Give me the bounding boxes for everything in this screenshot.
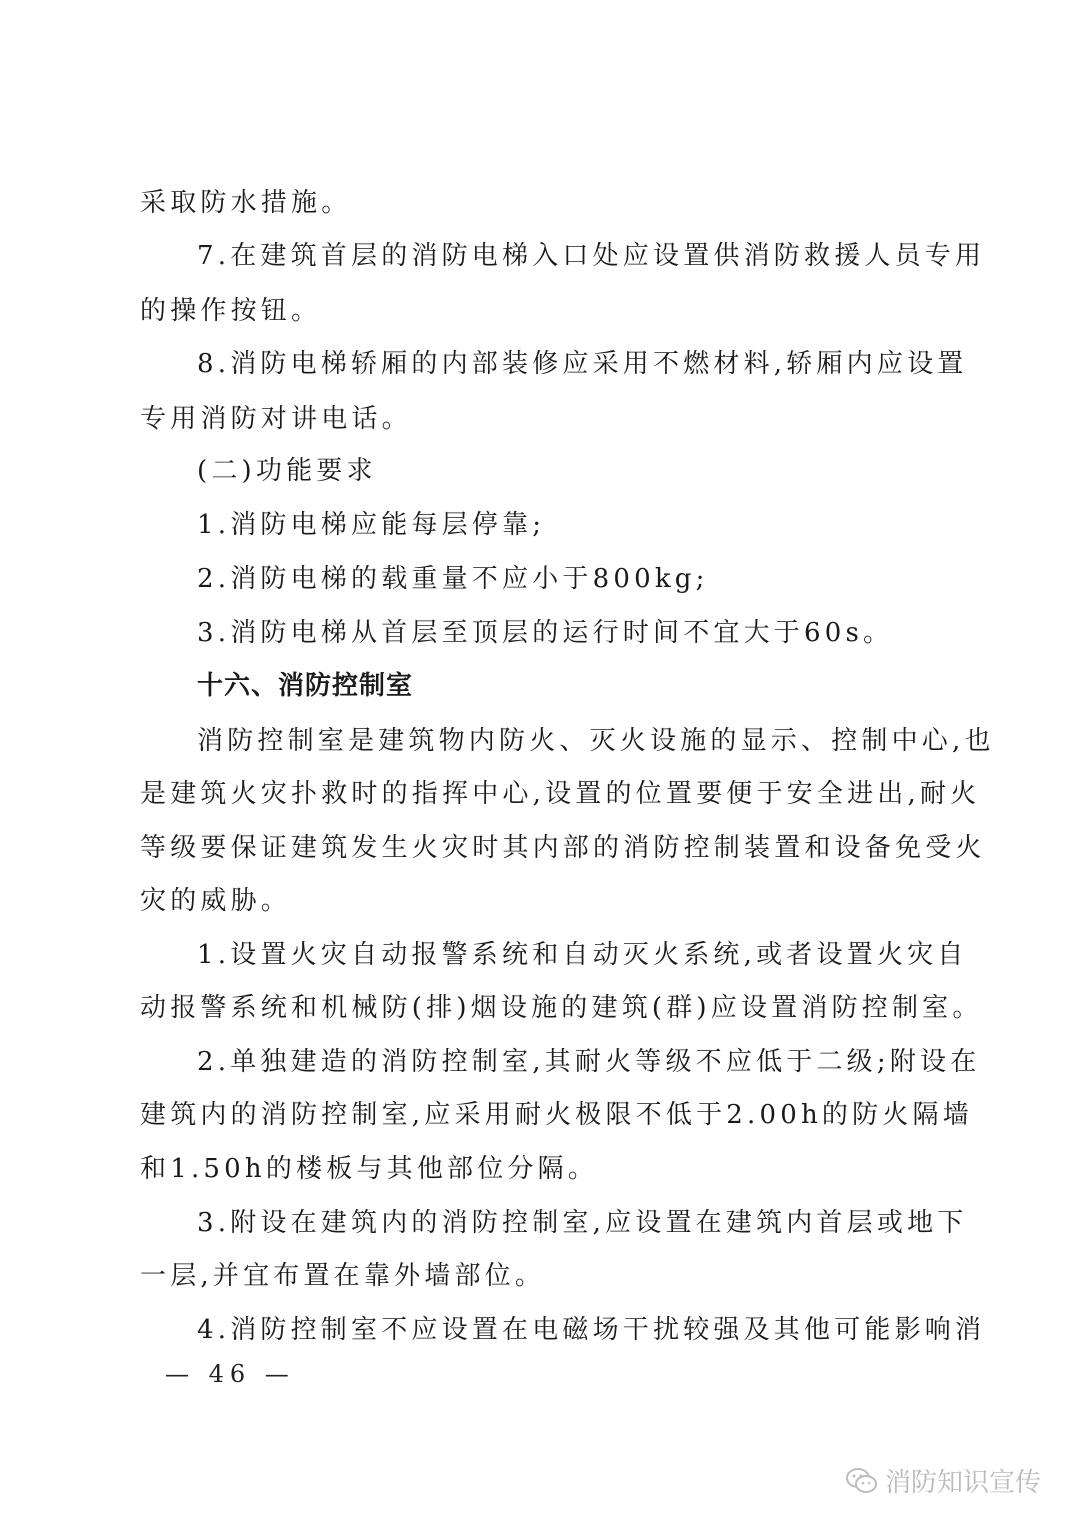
text-line-18: 和1.50h的楼板与其他部位分隔。 — [140, 1154, 940, 1184]
text-line-10: 消防控制室是建筑物内防火、灭火设施的显示、控制中心,也 — [197, 726, 997, 756]
text-line-20: 一层,并宜布置在靠外墙部位。 — [140, 1261, 940, 1291]
section-heading: 十六、消防控制室 — [197, 671, 997, 701]
text-line-16: 2.单独建造的消防控制室,其耐火等级不应低于二级;附设在 — [197, 1047, 997, 1077]
watermark: 消防知识宣传 — [845, 1462, 1041, 1499]
watermark-text: 消防知识宣传 — [885, 1462, 1041, 1499]
wechat-icon — [845, 1466, 879, 1496]
text-line-19: 3.附设在建筑内的消防控制室,应设置在建筑内首层或地下 — [197, 1208, 997, 1238]
document-page: 采取防水措施。 7.在建筑首层的消防电梯入口处应设置供消防救援人员专用 的操作按… — [0, 0, 1080, 1527]
subsection-heading: (二)功能要求 — [197, 456, 997, 486]
page-number: — 46 — — [165, 1360, 295, 1388]
text-line-13: 灾的威胁。 — [140, 886, 940, 916]
text-line-3: 8.消防电梯轿厢的内部装修应采用不燃材料,轿厢内应设置 — [197, 349, 997, 379]
text-line-0: 采取防水措施。 — [140, 188, 940, 218]
text-line-11: 是建筑火灾扑救时的指挥中心,设置的位置要便于安全进出,耐火 — [140, 779, 940, 809]
text-line-15: 动报警系统和机械防(排)烟设施的建筑(群)应设置消防控制室。 — [140, 993, 940, 1023]
text-line-2: 的操作按钮。 — [140, 296, 940, 326]
text-line-6: 1.消防电梯应能每层停靠; — [197, 510, 997, 540]
text-line-7: 2.消防电梯的载重量不应小于800kg; — [197, 564, 997, 594]
text-line-1: 7.在建筑首层的消防电梯入口处应设置供消防救援人员专用 — [197, 241, 997, 271]
text-line-8: 3.消防电梯从首层至顶层的运行时间不宜大于60s。 — [197, 618, 997, 648]
text-line-12: 等级要保证建筑发生火灾时其内部的消防控制装置和设备免受火 — [140, 833, 940, 863]
text-line-21: 4.消防控制室不应设置在电磁场干扰较强及其他可能影响消 — [197, 1315, 997, 1345]
text-line-4: 专用消防对讲电话。 — [140, 404, 940, 434]
text-line-14: 1.设置火灾自动报警系统和自动灭火系统,或者设置火灾自 — [197, 940, 997, 970]
text-line-17: 建筑内的消防控制室,应采用耐火极限不低于2.00h的防火隔墙 — [140, 1100, 940, 1130]
